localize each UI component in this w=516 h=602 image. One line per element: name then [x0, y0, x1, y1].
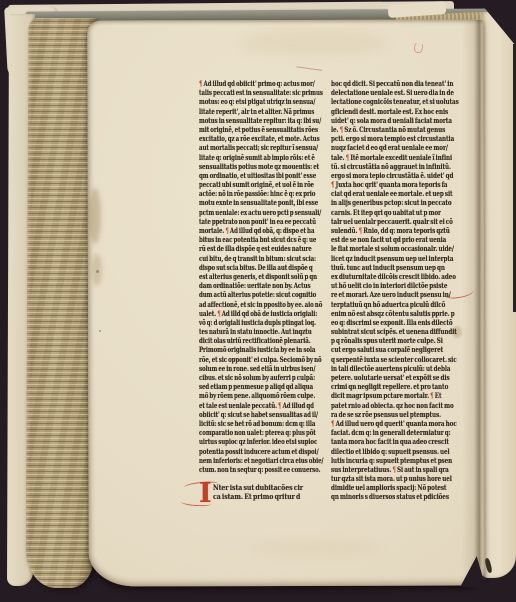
text-line: eo q: discrimi se exponit. Illa enis dil… [331, 318, 432, 327]
text-line: cui bitu, de q transit in bitum: sicut s… [199, 254, 293, 263]
text-line: obiicit' q: sicut se habet sensualitas a… [199, 410, 293, 419]
text-line: carnis. Et itep qri qo uabitat ut p mor [331, 208, 432, 217]
text-line: ca istam. Et primo qritur d [213, 492, 303, 501]
text-line: cut ergo saluti sua corpalẽ negligeret [331, 345, 432, 354]
text-line: sulendũ. ¶ Rnio, dd q: mora teporis qztũ [331, 226, 432, 235]
text-line: excitatio, qz a rõe excitate, et mote. A… [199, 134, 293, 143]
text-line: actõe: nõ in rõe passiõe: hinc ẽ q: ex p… [199, 189, 293, 198]
text-line: ergo si mora tepio circustãtia ẽ. uidet'… [331, 171, 432, 180]
text-line: ualet. ¶ Ad illd qd obã de iusticia orig… [199, 309, 293, 318]
text-line: licitũ: sic se het rõ ad bonum: dcm q: i… [199, 419, 293, 428]
text-line: ciat qd erat ueniale ee mortale. et uep … [331, 189, 432, 198]
text-line: est alterius generis, et disponit solũ p… [199, 272, 293, 281]
text-line: pcti. ergo si mora tempio est circustant… [331, 134, 432, 143]
text-line: Nter ista sut dubitacões cir [213, 483, 303, 492]
text-line: pctm ueniale: ex actu uero pcti p sensua… [199, 208, 293, 217]
text-line: qn minoris s diuersos status et pdiciões [331, 492, 432, 501]
text-line: võ q: d origiali iusticia dupls ptingat … [199, 318, 293, 327]
paper-stain [238, 30, 388, 56]
text-line: tiuũ. tunc aut inducit psensum uep qn [331, 263, 432, 272]
text-line: dispo sut scia bitus. De illa aut dispõe… [199, 263, 293, 272]
text-line: in tali dilectõe auertens piculũ: ut deb… [331, 364, 432, 373]
text-line: ctum. non tn seqtur q: possit ee conuers… [199, 465, 293, 474]
text-line: nem inferioris: et negotiari circa eius … [199, 456, 293, 465]
text-line: potentia possit inducere actum et dispoi… [199, 447, 293, 456]
text-line: peccati ubi sumit originẽ, et uol ẽ in r… [199, 180, 293, 189]
text-line: aut mortalis peccati; sic repitur ĩ sens… [199, 143, 293, 152]
text-line: delectatione ueniale est. Si uero dia in… [331, 88, 432, 97]
text-line: litate reperit', alr tn et aliter. Nã pr… [199, 107, 293, 116]
text-line: uidet' q: sola mora d ueniali faciat mor… [331, 116, 432, 125]
text-line: le. ¶ Sz õ. Circustantia nõ mutat genus [331, 125, 432, 134]
paper-speck [96, 270, 99, 273]
text-line: motus: eo q: etsi ptigat utriqz in sensu… [199, 97, 293, 106]
text-line: nuqz faciet d eo qd erat ueniale ee mor/ [331, 143, 432, 152]
paper-stain [250, 540, 380, 556]
text-line: dilectio et libido q: supueit psensus. u… [331, 447, 432, 456]
text-line: ad affectionẽ, et sic in pposito by ee. … [199, 300, 293, 309]
text-line: dicit magr ipsum pctare mortalr. ¶ Et [331, 391, 432, 400]
text-line: sed etiam p penmesue p aliqd qd aliqua [199, 382, 293, 391]
text-line: sensualitatis potius mote qz mouentis: e… [199, 162, 293, 171]
text-line: tale. ¶ Itẽ mortale excedit ueniale ĩ in… [331, 153, 432, 162]
text-line: patet rnio ad obiecta. qz hoc non facit … [331, 401, 432, 410]
text-line: uirtus supioc qz inferior. ideo etsi sup… [199, 437, 293, 446]
text-line: mõ by rõem pene. aliquomõ rõem culpe. [199, 391, 293, 400]
text-line: qm ordinatio, et uitiositas ibi ponit' e… [199, 171, 293, 180]
text-line: faciat. dcm q: in generali determiatur q… [331, 428, 432, 437]
text-line: rõe, et sic opponit' ei culpa. Seciomõ b… [199, 355, 293, 364]
text-line: in alijs generibus pctop: sicut in pecca… [331, 198, 432, 207]
text-line: ¶ Ad illud uero qd querit' quanta mora h… [331, 419, 432, 428]
text-line: talis peccati est in sensualitate: sic p… [199, 88, 293, 97]
text-line: ¶ Juxta hoc qrit' quanta mora teporis fa [331, 180, 432, 189]
text-line: licet qz inducit psensum uep uel interpt… [331, 254, 432, 263]
text-line: motus in sensualitate repitur: ita q: ib… [199, 116, 293, 125]
fore-edge-page-stack [26, 18, 97, 588]
new-section-paragraph: I Nter ista sut dubitacões circa istam. … [199, 481, 331, 506]
text-line: dimidie uel amplioris spacij: Nõ potest [331, 483, 432, 492]
text-line: gficiendi desit. mortale est. Ex hoc eni… [331, 107, 432, 116]
text-line: rũ est de illa dispõe q est euides natur… [199, 244, 293, 253]
text-line: talr uel uenialr peccauerit. qualr sit e… [331, 217, 432, 226]
paper-speck [99, 330, 101, 332]
text-line: tanta mora hoc facit in qua adeo crescit [331, 437, 432, 446]
section-opening-lines: Nter ista sut dubitacões circa istam. Et… [213, 481, 323, 506]
text-line: lectatione cognicõis teneatur, et si uol… [331, 97, 432, 106]
text-line: cibus. et sic nõ solum by auferri p culp… [199, 373, 293, 382]
text-line: ut hõ uelit cio in interiori dilctõe psi… [331, 281, 432, 290]
text-line: dum actũ alterius potetie: sicut cogniti… [199, 290, 293, 299]
text-line: lutis incuria q: supueit ptemptus et pse… [331, 456, 432, 465]
paper-stain [89, 188, 101, 244]
text-line: enim nõ est absqz cõtentu salutis pprie.… [331, 309, 432, 318]
text-line: et tale est ueniale peccatũ. ¶ Ad illud … [199, 401, 293, 410]
text-line: hoc qd dicit. Si peccatũ non dia teneat'… [331, 79, 432, 88]
text-line: dam ordinatiõe: ueritate non by. Actus [199, 281, 293, 290]
text-line: solum ee in rone. sed etiã in uirbus ise… [199, 364, 293, 373]
text-line: re et morari. Aze uero inducit psensu in… [331, 290, 432, 299]
left-text-column: ¶ Ad illud qd obiicit' primo q: actus mo… [199, 79, 330, 474]
text-line: terptatiuũ qn hõ aduertca piculũ dilcõ [331, 300, 432, 309]
text-line: p q rõnalis spus uterit morte culpe. Si [331, 336, 432, 345]
text-line: bitus in eac potentia bnt sicut dcs ẽ q:… [199, 235, 293, 244]
text-line: sus interpretatiuus. ¶ Si aut in spali q… [331, 465, 432, 474]
text-line: mortale. ¶ Ad illud qd obã, q: dispo et … [199, 226, 293, 235]
text-line: litate q: originẽ sumit ab impio rõis: e… [199, 153, 293, 162]
text-line: ra de se sz rõe psensus uel ptemptus. [331, 410, 432, 419]
text-line: le fiat mortale si solum occasionalr. ui… [331, 244, 432, 253]
text-line: dicit olas uiriũ rectificationẽ plenariã… [199, 336, 293, 345]
text-line: tũ. si circustãtia nõ aggrauet in infini… [331, 162, 432, 171]
text-line: tate ppetrato non ponit' in ea ee peccat… [199, 217, 293, 226]
text-line: subintrat sicut scipẽs. et uenena diffun… [331, 327, 432, 336]
text-line: q serpentẽ iuxta se scienter collocaret.… [331, 355, 432, 364]
text-line: mit originẽ, et potius ẽ sensualitatis r… [199, 125, 293, 134]
text-line: ¶ Ad illud qd obiicit' primo q: actus mo… [199, 79, 293, 88]
text-line: petere. uolutarie uersat' et expõit se d… [331, 373, 432, 382]
text-line: ex diuturnitate dilcõis crescit libido. … [331, 272, 432, 281]
text-line: est de se non facit ut qd prio erat ueni… [331, 235, 432, 244]
text-line: tes naturã in statu innoctie. Aut inqztu [199, 327, 293, 336]
text-line: tur qzta sit ista mora. ut p unius hore … [331, 474, 432, 483]
text-line: comparatio non ualet: pterea q: plus põt [199, 428, 293, 437]
text-line: motu exnte in sensualitate ponit, ibi es… [199, 198, 293, 207]
text-line: crimi qn negligit repellere. et pro tant… [331, 382, 432, 391]
text-line: Primomõ originalis iusticia by ee in sol… [199, 345, 293, 354]
